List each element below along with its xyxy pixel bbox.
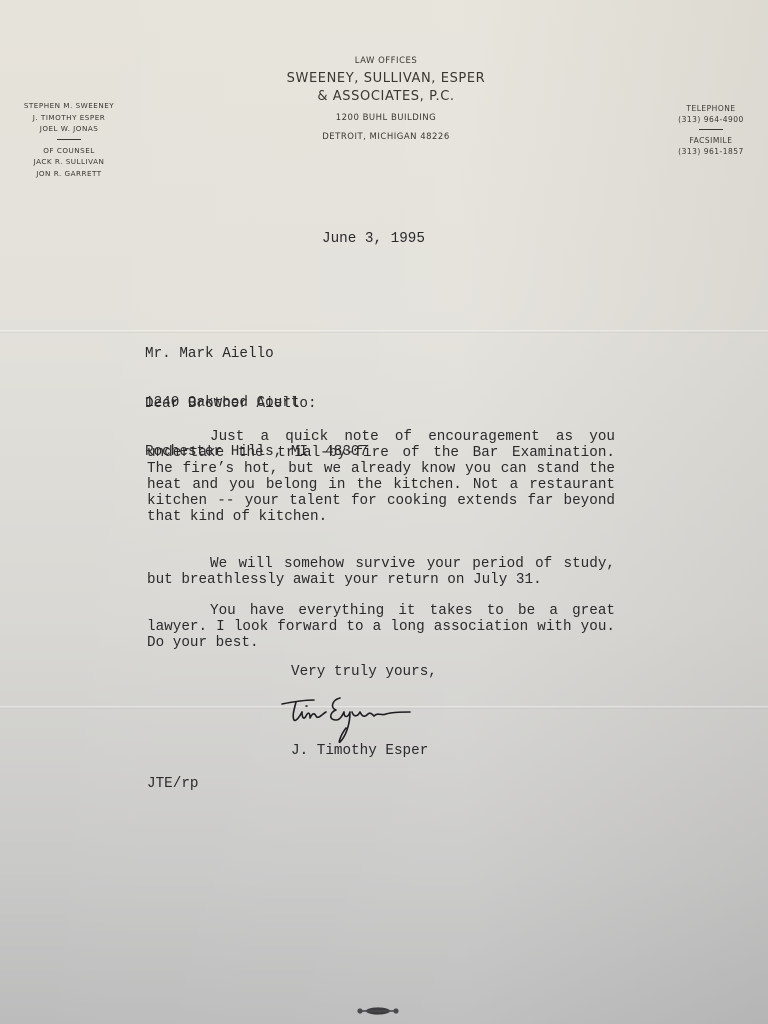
telephone-label: TELEPHONE (668, 103, 754, 114)
facsimile-number: (313) 961-1857 (668, 146, 754, 157)
complimentary-close: Very truly yours, (291, 664, 437, 680)
salutation: Dear Brother Aiello: (145, 396, 317, 412)
union-label-bug-icon (355, 1005, 401, 1017)
divider (699, 129, 723, 130)
counsel-name: JACK R. SULLIVAN (14, 156, 124, 168)
paper-fold-crease (0, 330, 768, 333)
letterhead-partners: STEPHEN M. SWEENEY J. TIMOTHY ESPER JOEL… (14, 100, 124, 179)
letterhead-firm: LAW OFFICES SWEENEY, SULLIVAN, ESPER & A… (270, 56, 502, 143)
letterhead-contact: TELEPHONE (313) 964-4900 FACSIMILE (313)… (668, 103, 754, 157)
letter-date: June 3, 1995 (322, 231, 425, 247)
body-paragraph: Just a quick note of encouragement as yo… (147, 429, 615, 525)
telephone-number: (313) 964-4900 (668, 114, 754, 125)
recipient-name: Mr. Mark Aiello (145, 346, 368, 362)
firm-city: DETROIT, MICHIGAN 48226 (270, 131, 502, 143)
of-counsel-label: OF COUNSEL (14, 145, 124, 157)
partner-name: J. TIMOTHY ESPER (14, 112, 124, 124)
firm-building: 1200 BUHL BUILDING (270, 112, 502, 124)
firm-name-line1: SWEENEY, SULLIVAN, ESPER (270, 70, 502, 88)
reference-initials: JTE/rp (147, 776, 198, 792)
facsimile-label: FACSIMILE (668, 135, 754, 146)
partner-name: STEPHEN M. SWEENEY (14, 100, 124, 112)
partner-name: JOEL W. JONAS (14, 123, 124, 135)
body-paragraph: You have everything it takes to be a gre… (147, 603, 615, 651)
law-offices-label: LAW OFFICES (270, 56, 502, 66)
body-paragraph: We will somehow survive your period of s… (147, 556, 615, 588)
signer-name: J. Timothy Esper (291, 743, 428, 759)
divider (57, 139, 81, 140)
handwritten-signature-icon (278, 690, 418, 746)
firm-name-line2: & ASSOCIATES, P.C. (270, 88, 502, 106)
counsel-name: JON R. GARRETT (14, 168, 124, 180)
